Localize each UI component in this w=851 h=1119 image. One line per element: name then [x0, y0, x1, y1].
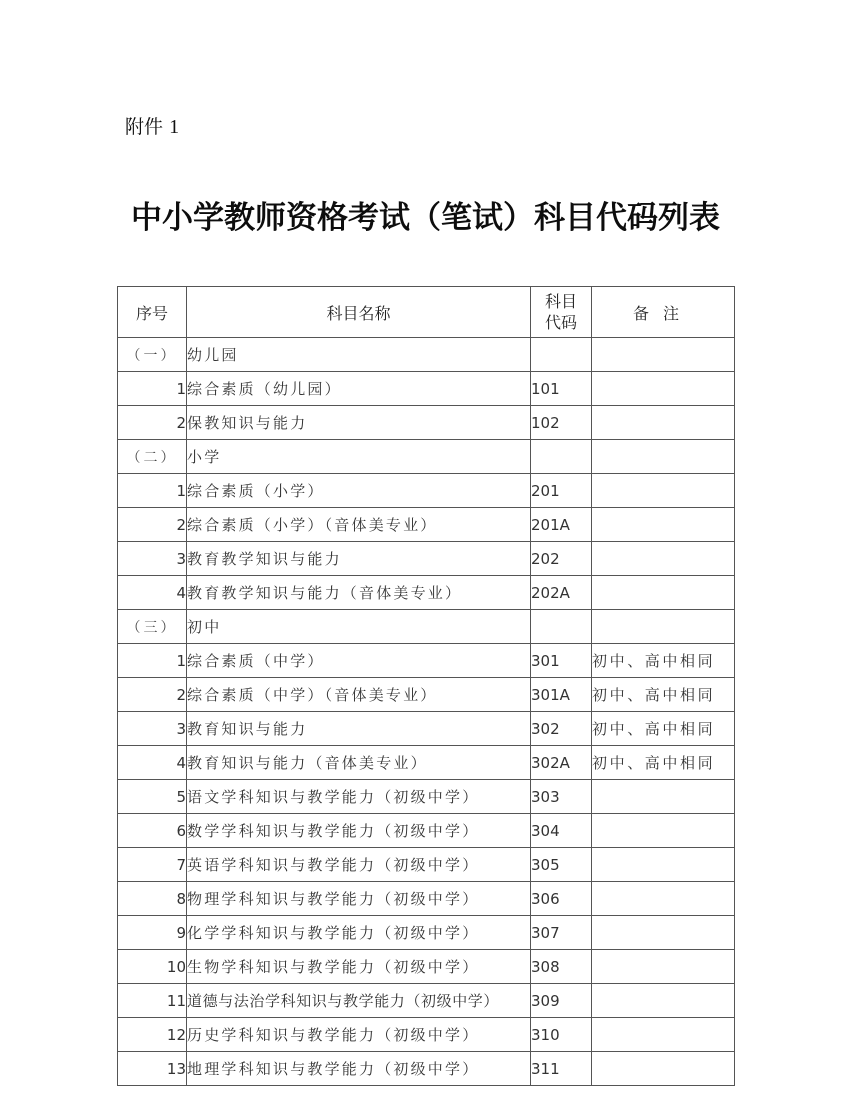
- row-subject-code: [531, 610, 592, 644]
- row-subject-code: 302: [531, 712, 592, 746]
- row-subject-name: 地理学科知识与教学能力（初级中学）: [187, 1052, 531, 1086]
- table-row: 3教育教学知识与能力202: [118, 542, 735, 576]
- row-seq: 3: [118, 712, 187, 746]
- row-subject-name: 幼儿园: [187, 338, 531, 372]
- row-note: [592, 406, 735, 440]
- table-row: 1综合素质（小学）201: [118, 474, 735, 508]
- row-subject-code: 303: [531, 780, 592, 814]
- row-subject-code: 202A: [531, 576, 592, 610]
- row-seq: （二）: [118, 440, 187, 474]
- row-subject-code: 308: [531, 950, 592, 984]
- row-subject-code: 307: [531, 916, 592, 950]
- row-subject-code: 304: [531, 814, 592, 848]
- table-row: 10生物学科知识与教学能力（初级中学）308: [118, 950, 735, 984]
- row-subject-name: 教育知识与能力: [187, 712, 531, 746]
- table-row: 4教育教学知识与能力（音体美专业）202A: [118, 576, 735, 610]
- table-row: 3教育知识与能力302初中、高中相同: [118, 712, 735, 746]
- row-note: 初中、高中相同: [592, 712, 735, 746]
- row-note: [592, 474, 735, 508]
- row-seq: 7: [118, 848, 187, 882]
- attachment-label-text: 附件: [125, 116, 163, 138]
- row-note: [592, 916, 735, 950]
- row-subject-name: 物理学科知识与教学能力（初级中学）: [187, 882, 531, 916]
- header-code-line2: 代码: [545, 313, 577, 332]
- row-subject-name: 生物学科知识与教学能力（初级中学）: [187, 950, 531, 984]
- row-subject-code: 301A: [531, 678, 592, 712]
- row-subject-code: 102: [531, 406, 592, 440]
- row-subject-code: 301: [531, 644, 592, 678]
- row-subject-code: 305: [531, 848, 592, 882]
- table-row: 6数学学科知识与教学能力（初级中学）304: [118, 814, 735, 848]
- row-subject-name: 英语学科知识与教学能力（初级中学）: [187, 848, 531, 882]
- table-row: 1综合素质（中学）301初中、高中相同: [118, 644, 735, 678]
- row-seq: 4: [118, 746, 187, 780]
- row-seq: 9: [118, 916, 187, 950]
- row-subject-name: 综合素质（小学）: [187, 474, 531, 508]
- row-subject-code: 311: [531, 1052, 592, 1086]
- page-title: 中小学教师资格考试（笔试）科目代码列表: [0, 192, 851, 237]
- row-subject-name: 综合素质（中学）: [187, 644, 531, 678]
- table-row: 9化学学科知识与教学能力（初级中学）307: [118, 916, 735, 950]
- row-note: [592, 882, 735, 916]
- row-seq: 4: [118, 576, 187, 610]
- row-seq: 2: [118, 406, 187, 440]
- row-note: 初中、高中相同: [592, 746, 735, 780]
- row-seq: （一）: [118, 338, 187, 372]
- row-seq: 1: [118, 372, 187, 406]
- row-note: [592, 576, 735, 610]
- row-subject-name: 保教知识与能力: [187, 406, 531, 440]
- table-row: 1综合素质（幼儿园）101: [118, 372, 735, 406]
- table-row: 7英语学科知识与教学能力（初级中学）305: [118, 848, 735, 882]
- section-row: （二）小学: [118, 440, 735, 474]
- row-subject-code: [531, 440, 592, 474]
- header-code-line1: 科目: [545, 292, 577, 311]
- row-note: [592, 1052, 735, 1086]
- table-row: 5语文学科知识与教学能力（初级中学）303: [118, 780, 735, 814]
- table-row: 13地理学科知识与教学能力（初级中学）311: [118, 1052, 735, 1086]
- table-row: 2综合素质（中学）（音体美专业）301A初中、高中相同: [118, 678, 735, 712]
- row-subject-name: 化学学科知识与教学能力（初级中学）: [187, 916, 531, 950]
- row-note: [592, 950, 735, 984]
- row-seq: （三）: [118, 610, 187, 644]
- row-note: [592, 1018, 735, 1052]
- row-subject-code: 201A: [531, 508, 592, 542]
- row-note: [592, 814, 735, 848]
- row-subject-name: 历史学科知识与教学能力（初级中学）: [187, 1018, 531, 1052]
- row-seq: 1: [118, 644, 187, 678]
- row-seq: 2: [118, 678, 187, 712]
- row-seq: 12: [118, 1018, 187, 1052]
- table-header-row: 序号 科目名称 科目 代码 备注: [118, 287, 735, 338]
- table-row: 2保教知识与能力102: [118, 406, 735, 440]
- row-seq: 1: [118, 474, 187, 508]
- row-seq: 11: [118, 984, 187, 1018]
- row-note: [592, 610, 735, 644]
- row-subject-name: 数学学科知识与教学能力（初级中学）: [187, 814, 531, 848]
- row-subject-name: 道德与法治学科知识与教学能力（初级中学）: [187, 984, 531, 1018]
- header-code: 科目 代码: [531, 287, 592, 338]
- section-row: （一）幼儿园: [118, 338, 735, 372]
- row-note: 初中、高中相同: [592, 644, 735, 678]
- table-row: 12历史学科知识与教学能力（初级中学）310: [118, 1018, 735, 1052]
- row-subject-code: [531, 338, 592, 372]
- row-seq: 6: [118, 814, 187, 848]
- row-seq: 5: [118, 780, 187, 814]
- row-subject-code: 101: [531, 372, 592, 406]
- header-seq: 序号: [118, 287, 187, 338]
- row-subject-code: 309: [531, 984, 592, 1018]
- row-note: [592, 542, 735, 576]
- row-seq: 10: [118, 950, 187, 984]
- table-row: 8物理学科知识与教学能力（初级中学）306: [118, 882, 735, 916]
- header-name: 科目名称: [187, 287, 531, 338]
- row-note: [592, 780, 735, 814]
- section-row: （三）初中: [118, 610, 735, 644]
- row-subject-code: 202: [531, 542, 592, 576]
- row-note: [592, 440, 735, 474]
- row-note: [592, 372, 735, 406]
- table-row: 4教育知识与能力（音体美专业）302A初中、高中相同: [118, 746, 735, 780]
- header-note: 备注: [592, 287, 735, 338]
- row-subject-name: 初中: [187, 610, 531, 644]
- row-note: [592, 508, 735, 542]
- attachment-number: 1: [169, 116, 179, 138]
- row-seq: 3: [118, 542, 187, 576]
- row-subject-name: 综合素质（小学）（音体美专业）: [187, 508, 531, 542]
- row-subject-name: 教育教学知识与能力（音体美专业）: [187, 576, 531, 610]
- row-seq: 2: [118, 508, 187, 542]
- table-row: 2综合素质（小学）（音体美专业）201A: [118, 508, 735, 542]
- row-subject-name: 教育知识与能力（音体美专业）: [187, 746, 531, 780]
- row-note: [592, 848, 735, 882]
- row-note: [592, 984, 735, 1018]
- row-subject-name: 综合素质（中学）（音体美专业）: [187, 678, 531, 712]
- row-subject-name: 语文学科知识与教学能力（初级中学）: [187, 780, 531, 814]
- table-row: 11道德与法治学科知识与教学能力（初级中学）309: [118, 984, 735, 1018]
- row-subject-code: 306: [531, 882, 592, 916]
- row-note: 初中、高中相同: [592, 678, 735, 712]
- row-subject-code: 302A: [531, 746, 592, 780]
- row-seq: 8: [118, 882, 187, 916]
- row-seq: 13: [118, 1052, 187, 1086]
- row-subject-name: 综合素质（幼儿园）: [187, 372, 531, 406]
- row-subject-code: 201: [531, 474, 592, 508]
- subject-code-table: 序号 科目名称 科目 代码 备注 （一）幼儿园1综合素质（幼儿园）1012保教知…: [117, 286, 735, 1086]
- row-subject-name: 小学: [187, 440, 531, 474]
- row-note: [592, 338, 735, 372]
- attachment-label: 附件 1: [125, 112, 179, 139]
- row-subject-code: 310: [531, 1018, 592, 1052]
- row-subject-name: 教育教学知识与能力: [187, 542, 531, 576]
